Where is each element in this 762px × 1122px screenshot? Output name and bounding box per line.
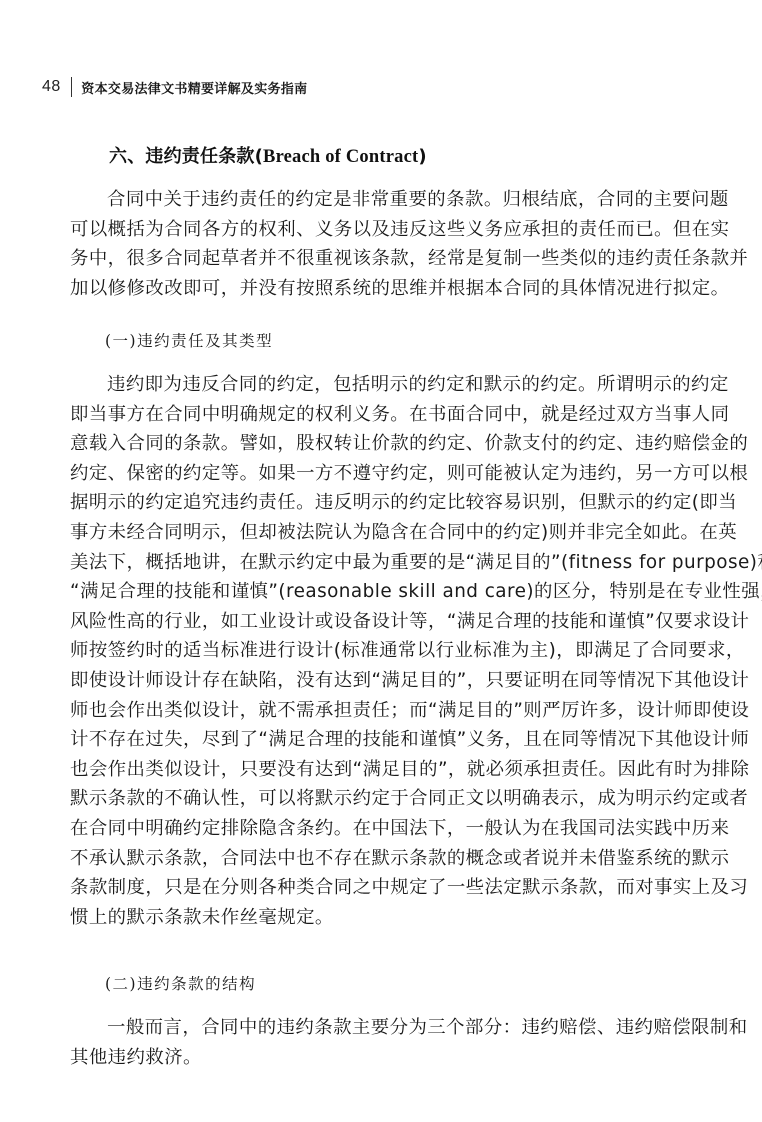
text-line: 美法下，概括地讲，在默示约定中最为重要的是“满足目的”(fitness for … [70,548,720,578]
text-line: 在合同中明确约定排除隐含条约。在中国法下，一般认为在我国司法实践中历来 [70,814,720,844]
header-divider [71,77,73,97]
text-line: 默示条款的不确认性，可以将默示约定于合同正文以明确表示，成为明示约定或者 [70,784,720,814]
text-line: 计不存在过失，尽到了“满足合理的技能和谨慎”义务，且在同等情况下其他设计师 [70,725,720,755]
text-line: 即当事方在合同中明确规定的权利义务。在书面合同中，就是经过双方当事人同 [70,400,720,430]
text-line: 惯上的默示条款未作丝毫规定。 [70,903,720,933]
text-line: 可以概括为合同各方的权利、义务以及违反这些义务应承担的责任而已。但在实 [70,215,720,245]
page-header: 48 资本交易法律文书精要详解及实务指南 [42,76,307,98]
text-line: 师也会作出类似设计，就不需承担责任；而“满足目的”则严厉许多，设计师即使设 [70,696,720,726]
sub-heading-1: (一)违约责任及其类型 [105,329,273,351]
text-line: 据明示的约定追究违约责任。违反明示的约定比较容易识别，但默示的约定(即当 [70,488,720,518]
text-line: 事方未经合同明示，但却被法院认为隐含在合同中的约定)则并非完全如此。在英 [70,518,720,548]
page-number: 48 [42,78,61,96]
text-line: 合同中关于违约责任的约定是非常重要的条款。归根结底，合同的主要问题 [70,185,720,215]
section-heading-close: ) [418,146,426,167]
text-line: 意载入合同的条款。譬如，股权转让价款的约定、价款支付的约定、违约赔偿金的 [70,429,720,459]
section-heading: 六、违约责任条款(Breach of Contract) [109,142,427,168]
text-line: 加以修修改改即可，并没有按照系统的思维并根据本合同的具体情况进行拟定。 [70,274,720,304]
text-line: 即使设计师设计存在缺陷，没有达到“满足目的”，只要证明在同等情况下其他设计 [70,666,720,696]
paragraph-intro: 合同中关于违约责任的约定是非常重要的条款。归根结底，合同的主要问题 可以概括为合… [70,185,720,303]
text-line: 约定、保密的约定等。如果一方不遵守约定，则可能被认定为违约，另一方可以根 [70,459,720,489]
text-line: 师按签约时的适当标准进行设计(标准通常以行业标准为主)，即满足了合同要求， [70,636,720,666]
paragraph-structure: 一般而言，合同中的违约条款主要分为三个部分：违约赔偿、违约赔偿限制和 其他违约救… [70,1013,720,1072]
running-title: 资本交易法律文书精要详解及实务指南 [81,78,307,97]
section-heading-en: Breach of Contract [263,147,418,167]
section-heading-cn: 六、违约责任条款( [109,146,263,167]
text-line: 违约即为违反合同的约定，包括明示的约定和默示的约定。所谓明示的约定 [70,370,720,400]
text-line: “满足合理的技能和谨慎”(reasonable skill and care)的… [70,577,720,607]
text-line: 一般而言，合同中的违约条款主要分为三个部分：违约赔偿、违约赔偿限制和 [70,1013,720,1043]
text-line: 务中，很多合同起草者并不很重视该条款，经常是复制一些类似的违约责任条款并 [70,244,720,274]
text-line: 条款制度，只是在分则各种类合同之中规定了一些法定默示条款，而对事实上及习 [70,873,720,903]
sub-heading-2: (二)违约条款的结构 [105,972,256,994]
text-line: 也会作出类似设计，只要没有达到“满足目的”，就必须承担责任。因此有时为排除 [70,755,720,785]
text-line: 其他违约救济。 [70,1043,720,1073]
text-line: 不承认默示条款，合同法中也不存在默示条款的概念或者说并未借鉴系统的默示 [70,844,720,874]
paragraph-types: 违约即为违反合同的约定，包括明示的约定和默示的约定。所谓明示的约定 即当事方在合… [70,370,720,932]
text-line: 风险性高的行业，如工业设计或设备设计等，“满足合理的技能和谨慎”仅要求设计 [70,607,720,637]
